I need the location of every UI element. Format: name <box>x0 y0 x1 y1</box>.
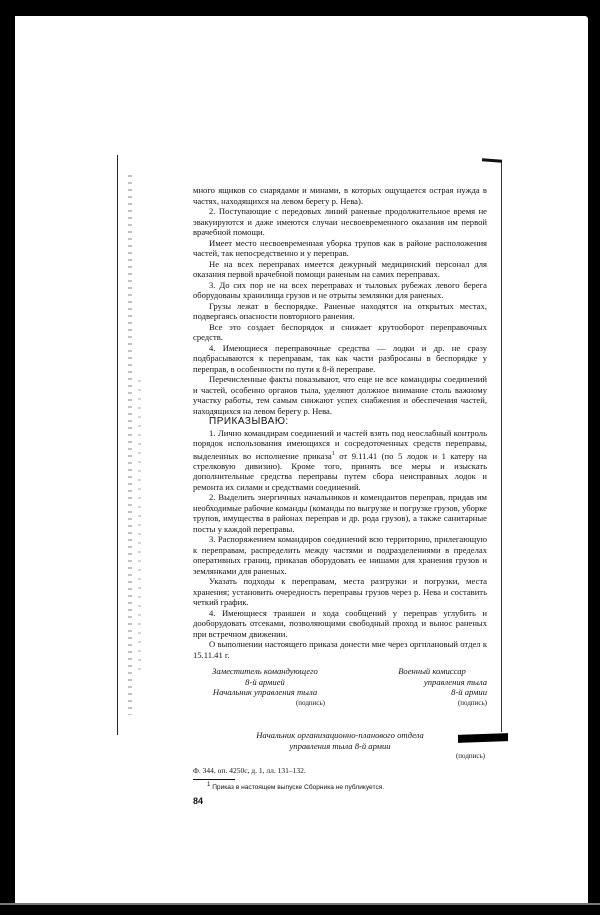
archive-source: Ф. 344, оп. 4250с, д. 1, лл. 131–132. <box>193 766 487 777</box>
paragraph: Грузы лежат в беспорядке. Раненые находя… <box>193 301 487 322</box>
order-item: 1. Лично командирам соединений и частей … <box>193 428 487 493</box>
page-number: 84 <box>193 796 487 807</box>
scan-margin-line <box>501 162 502 732</box>
signature-title: Начальник организационно-планового отдел… <box>193 730 487 741</box>
signature-note: (подпись) <box>205 698 325 709</box>
signature-title: управления тыла <box>377 677 487 688</box>
order-item: 3. Распоряжением командиров соединений в… <box>193 534 487 576</box>
footnote: 1 Приказ в настоящем выпуске Сборника не… <box>193 780 487 794</box>
signature-title: Военный комиссар <box>377 666 487 677</box>
paragraph: 4. Имеющиеся переправочные средства — ло… <box>193 343 487 375</box>
order-item: О выполнении настоящего приказа донести … <box>193 639 487 660</box>
order-item: 2. Выделить энергичных начальников и ком… <box>193 492 487 534</box>
signature-right: Военный комиссар управления тыла 8-й арм… <box>377 666 487 708</box>
footnote-mark: 1 <box>207 782 210 788</box>
scan-binding-line <box>117 155 118 735</box>
order-item: Указать подходы к переправам, места разг… <box>193 576 487 608</box>
signature-title: 8-й армией <box>205 677 325 688</box>
paragraph: 2. Поступающие с передовых линий раненые… <box>193 206 487 238</box>
scan-noise <box>128 175 132 715</box>
paragraph: Все это создает беспорядок и снижает кру… <box>193 322 487 343</box>
order-item: 4. Имеющиеся траншеи и хода сообщений у … <box>193 608 487 640</box>
paragraph: 3. До сих пор не на всех переправах и ты… <box>193 280 487 301</box>
paragraph: Не на всех переправах имеется дежурный м… <box>193 259 487 280</box>
document-body: много ящиков со снарядами и минами, в ко… <box>193 185 487 807</box>
signature-title: 8-й армии <box>377 687 487 698</box>
order-heading: ПРИКАЗЫВАЮ: <box>193 417 487 428</box>
paragraph: Имеет место несвоевременная уборка трупо… <box>193 238 487 259</box>
signature-left: Заместитель командующего 8-й армией Нача… <box>205 666 325 708</box>
signature-note: (подпись) <box>377 698 487 709</box>
signature-bottom: Начальник организационно-планового отдел… <box>193 730 487 751</box>
paragraph: Перечисленные факты показывают, что еще … <box>193 374 487 416</box>
scan-noise <box>138 380 141 670</box>
signature-title: Заместитель командующего <box>205 666 325 677</box>
signature-note: (подпись) <box>193 751 485 762</box>
signature-title: управления тыла 8-й армии <box>193 741 487 752</box>
footnote-text: Приказ в настоящем выпуске Сборника не п… <box>212 785 384 792</box>
signature-title: Начальник управления тыла <box>205 687 325 698</box>
paragraph: много ящиков со снарядами и минами, в ко… <box>193 185 487 206</box>
signature-block: Заместитель командующего 8-й армией Нача… <box>193 666 487 728</box>
scan-frame-edge <box>0 903 600 905</box>
